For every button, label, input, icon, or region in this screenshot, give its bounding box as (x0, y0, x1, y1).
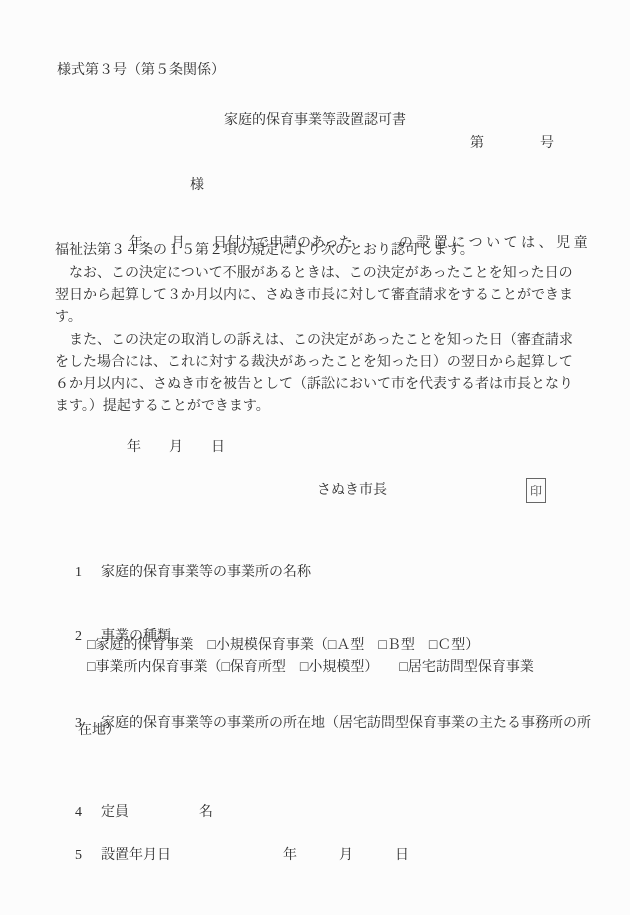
item-5: 5設置年月日 年 月 日 (61, 833, 409, 878)
body-paragraph3-line2: をした場合には、これに対する裁決があったことを知った日）の翌日から起算して (55, 355, 573, 370)
body-paragraph3-line3: ６か月以内に、さぬき市を被告として（訴訟において市を代表する者は市長となり (55, 377, 573, 392)
item-5-number: 5 (75, 848, 101, 863)
item-2-checkbox-row-2: □事業所内保育事業（□保育所型 □小規模型） □居宅訪問型保育事業 (87, 660, 534, 675)
issue-date-line: 年 月 日 (127, 440, 225, 455)
seal-stamp-box: 印 (526, 478, 546, 503)
item-1-label: 家庭的保育事業等の事業所の名称 (101, 565, 311, 580)
body-paragraph3-line4: ます。）提起することができます。 (55, 399, 270, 414)
addressee-label: 様 (190, 178, 204, 193)
item-1-number: 1 (75, 565, 101, 580)
body-paragraph3-line1: また、この決定の取消しの訴えは、この決定があったことを知った日（審査請求 (55, 333, 573, 348)
document-title: 家庭的保育事業等設置認可書 (0, 113, 630, 128)
signer-name: さぬき市長 (317, 483, 387, 498)
item-4-number: 4 (75, 805, 101, 820)
item-5-label: 設置年月日 年 月 日 (101, 848, 409, 863)
item-3-label: 家庭的保育事業等の事業所の所在地（居宅訪問型保育事業の主たる事務所の所 (101, 716, 591, 731)
item-4: 4定員 名 (61, 790, 213, 835)
form-number: 様式第３号（第５条関係） (57, 63, 225, 78)
document-page: 様式第３号（第５条関係） 家庭的保育事業等設置認可書 第 号 様 年 月 日付け… (0, 0, 630, 915)
item-4-label: 定員 名 (101, 805, 213, 820)
item-3-label-continuation: 在地） (78, 723, 120, 738)
item-1: 1家庭的保育事業等の事業所の名称 (61, 550, 311, 595)
body-paragraph2-line2: 翌日から起算して３か月以内に、さぬき市長に対して審査請求をすることができま (55, 288, 573, 303)
item-3: 3家庭的保育事業等の事業所の所在地（居宅訪問型保育事業の主たる事務所の所 (61, 701, 591, 746)
body-paragraph2-line3: す。 (55, 310, 82, 325)
document-number: 第 号 (470, 136, 554, 151)
body-paragraph1-line2: 福祉法第３４条の１５第２項の規定により次のとおり認可します。 (55, 243, 474, 258)
body-paragraph2-line1: なお、この決定について不服があるときは、この決定があったことを知った日の (55, 266, 573, 281)
item-2-checkbox-row-1: □家庭的保育事業 □小規模保育事業（□Ａ型 □Ｂ型 □Ｃ型） (87, 638, 479, 653)
seal-mark: 印 (530, 485, 542, 497)
